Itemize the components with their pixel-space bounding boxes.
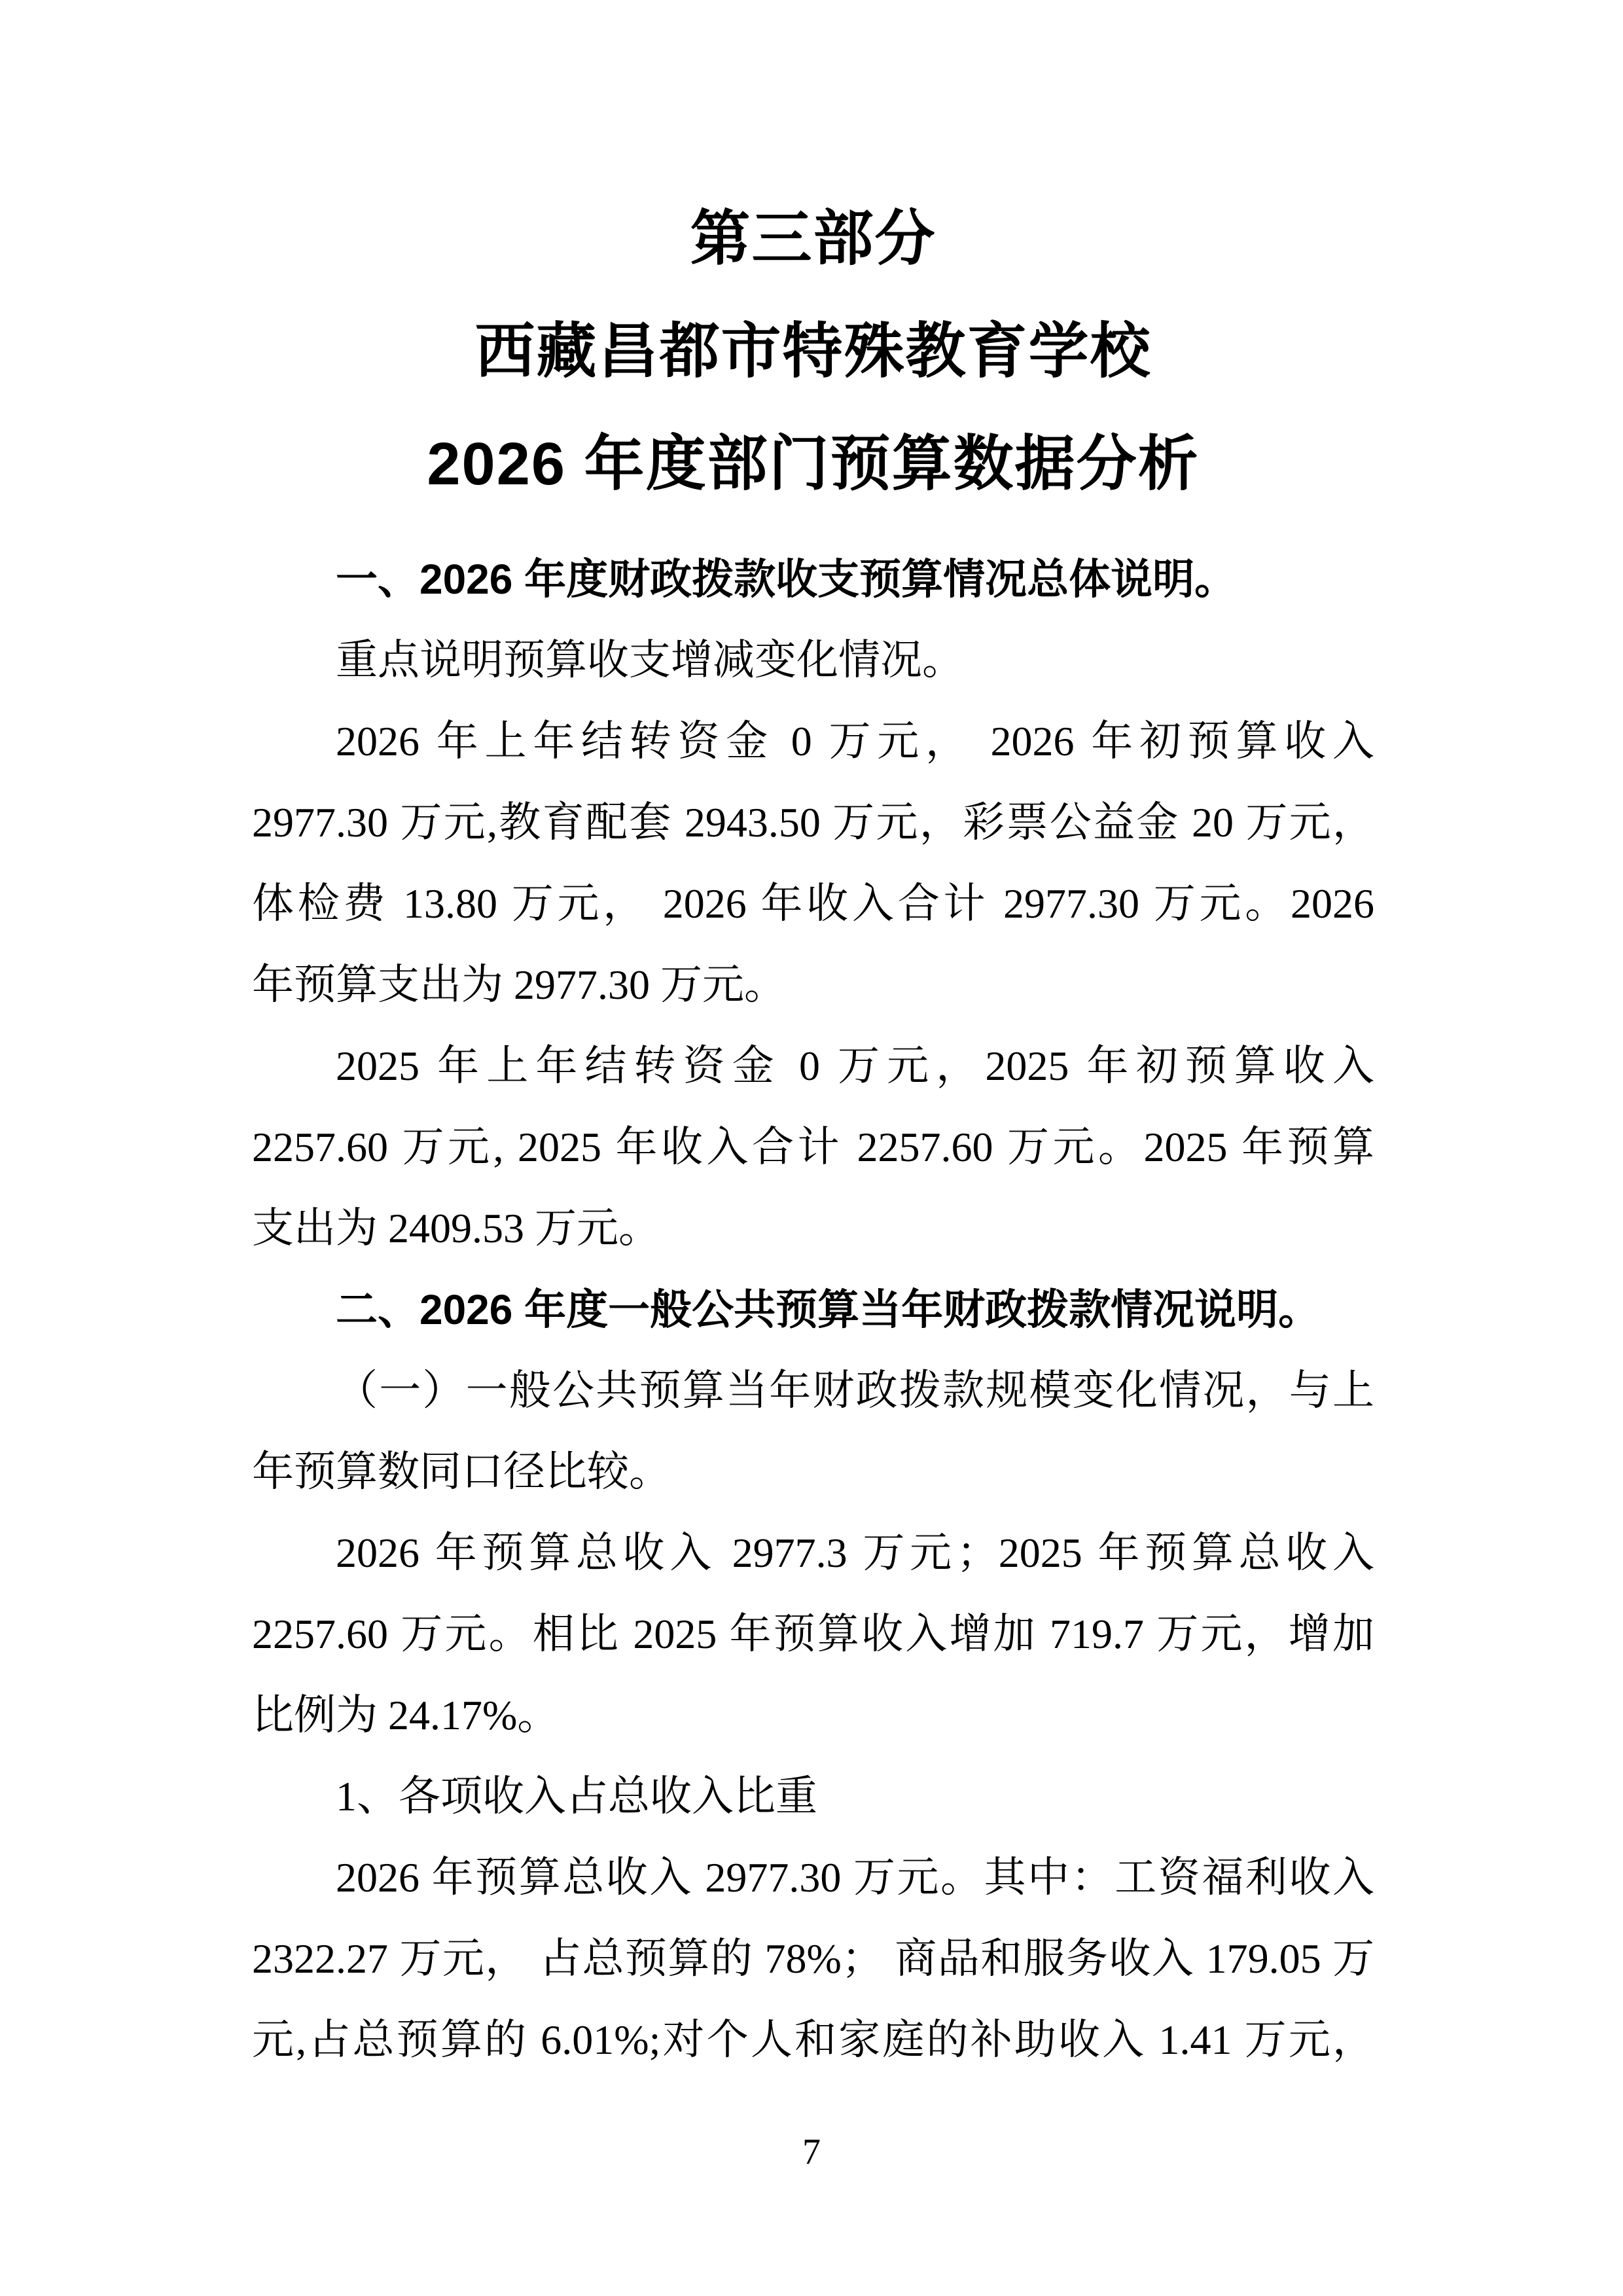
document-title-block: 第三部分西藏昌都市特殊教育学校2026 年度部门预算数据分析 [252,183,1374,520]
body-text-line: 2257.60 万元。相比 2025 年预算收入增加 719.7 万元，增加 [252,1594,1374,1675]
document-page: 第三部分西藏昌都市特殊教育学校2026 年度部门预算数据分析 一、2026 年度… [0,0,1623,2296]
document-title-line-3: 2026 年度部门预算数据分析 [252,408,1374,520]
document-title-line-2: 西藏昌都市特殊教育学校 [252,295,1374,408]
body-text-line: （一）一般公共预算当年财政拨款规模变化情况，与上 [252,1350,1374,1431]
body-text-line: 2257.60 万元, 2025 年收入合计 2257.60 万元。2025 年… [252,1107,1374,1188]
body-text-line: 元,占总预算的 6.01%;对个人和家庭的补助收入 1.41 万元， [252,2000,1374,2081]
body-text-line: 支出为 2409.53 万元。 [252,1188,1374,1269]
body-text-line: 年预算数同口径比较。 [252,1431,1374,1513]
document-title-line-1: 第三部分 [252,183,1374,295]
body-text-line: 2025 年上年结转资金 0 万元，2025 年初预算收入 [252,1026,1374,1107]
body-text-line: 2977.30 万元,教育配套 2943.50 万元，彩票公益金 20 万元， [252,782,1374,863]
body-text-line: 2026 年上年结转资金 0 万元， 2026 年初预算收入 [252,701,1374,782]
body-text-line: 2026 年预算总收入 2977.3 万元；2025 年预算总收入 [252,1513,1374,1594]
body-text-line: 体检费 13.80 万元， 2026 年收入合计 2977.30 万元。2026 [252,863,1374,944]
body-text-line: 年预算支出为 2977.30 万元。 [252,944,1374,1026]
section-heading-line: 一、2026 年度财政拨款收支预算情况总体说明。 [252,539,1374,620]
body-text-line: 重点说明预算收支增减变化情况。 [252,620,1374,701]
page-footer: 7 [0,2123,1623,2181]
page-number: 7 [802,2123,821,2181]
body-text-line: 2026 年预算总收入 2977.30 万元。其中：工资福利收入 [252,1837,1374,1918]
section-heading-line: 二、2026 年度一般公共预算当年财政拨款情况说明。 [252,1269,1374,1350]
document-body: 一、2026 年度财政拨款收支预算情况总体说明。重点说明预算收支增减变化情况。2… [252,539,1374,2081]
body-text-line: 比例为 24.17%。 [252,1675,1374,1756]
body-text-line: 2322.27 万元， 占总预算的 78%； 商品和服务收入 179.05 万 [252,1918,1374,2000]
body-text-line: 1、各项收入占总收入比重 [252,1756,1374,1837]
